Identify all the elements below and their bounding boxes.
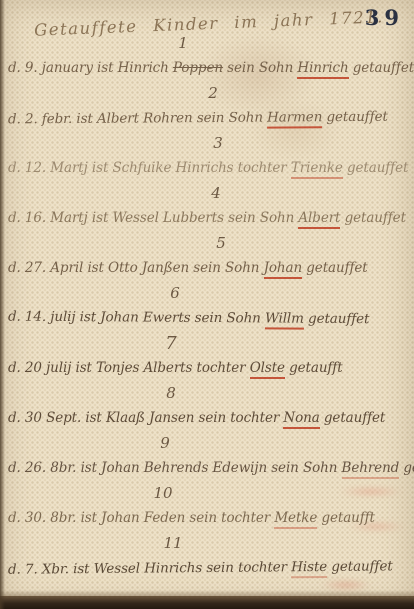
entry-row: 2 d. 2. febr. ist Albert Rohren sein Soh… [0,85,414,135]
entry-text: d. 16. Martj ist Wessel Lubberts sein So… [0,205,414,232]
entry-text-pre: d. 14. julij ist Johan Ewerts sein Sohn [8,309,265,327]
entry-text-post: getaufft [285,360,343,376]
baptized-name: Harmen [267,109,322,128]
entry-number: 10 [150,485,176,502]
entry-row: 6 d. 14. julij ist Johan Ewerts sein Soh… [0,285,414,335]
entry-number: 3 [205,135,231,152]
baptized-name: Behrend [342,460,400,479]
baptized-name: Nona [283,410,319,429]
entry-number: 9 [152,435,178,452]
entry-number: 2 [200,85,226,102]
entry-number: 1 [170,35,196,52]
struck-name: Poppen [173,60,223,76]
entry-row: 8 d. 30 Sept. ist Klaaß Jansen sein toch… [0,385,414,435]
entry-text: d. 30. 8br. ist Johan Feden sein tochter… [0,505,414,532]
entry-number: 8 [158,385,184,402]
entry-text: d. 27. April ist Otto Janßen sein Sohn J… [0,255,414,282]
entry-text-post: getauffet [302,260,368,276]
entry-text-pre: d. 27. April ist Otto Janßen sein Sohn [8,260,264,276]
entry-text-pre: d. 16. Martj ist Wessel Lubberts sein So… [8,210,298,226]
entry-text: d. 12. Martj ist Schfuike Hinrichs tocht… [0,155,414,182]
baptized-name: Hinrich [297,60,348,79]
entry-text-mid: sein Sohn [223,60,297,76]
entry-row: 9 d. 26. 8br. ist Johan Behrends Edewijn… [0,435,414,485]
entry-text: d. 30 Sept. ist Klaaß Jansen sein tochte… [0,405,414,432]
baptized-name: Metke [274,510,317,529]
entry-text-pre: d. 9. january ist Hinrich [8,60,173,76]
baptized-name: Johan [264,260,302,279]
entry-number: 4 [203,185,229,202]
binding-edge [0,0,5,609]
entry-text-post: getauffet [349,60,414,76]
entry-text-post: getauffet [322,109,388,125]
entry-number: 5 [208,235,234,252]
entry-text-pre: d. 30. 8br. ist Johan Feden sein tochter [8,510,274,526]
entry-row: 3 d. 12. Martj ist Schfuike Hinrichs toc… [0,135,414,185]
entry-text: d. 14. julij ist Johan Ewerts sein Sohn … [0,304,414,334]
entry-text: d. 7. Xbr. ist Wessel Hinrichs sein toch… [0,553,414,584]
entry-text-pre: d. 26. 8br. ist Johan Behrends Edewijn s… [8,460,342,476]
entry-text-post: getauffet [327,558,393,575]
entry-text: d. 20 julij ist Tonjes Alberts tochter O… [0,355,414,382]
baptized-name: Trienke [291,160,343,179]
baptized-name: Olste [250,360,285,379]
entry-text-post: getauffet [399,460,414,476]
entry-text-post: getauffet [304,311,370,327]
entry-row: 11 d. 7. Xbr. ist Wessel Hinrichs sein t… [0,535,414,585]
entry-text: d. 2. febr. ist Albert Rohren sein Sohn … [0,104,414,134]
entry-number: 7 [158,335,184,352]
baptized-name: Albert [298,210,340,229]
entry-row: 5 d. 27. April ist Otto Janßen sein Sohn… [0,235,414,285]
entry-text-pre: d. 20 julij ist Tonjes Alberts tochter [8,360,250,376]
entry-number: 6 [162,285,188,302]
baptized-name: Histe [291,559,327,578]
entry-text-post: getaufft [317,510,375,526]
entry-row: 4 d. 16. Martj ist Wessel Lubberts sein … [0,185,414,235]
entry-text-post: getauffet [320,410,386,426]
entry-text-pre: d. 2. febr. ist Albert Rohren sein Sohn [8,110,267,128]
entry-row: 1 d. 9. january ist Hinrich Poppen sein … [0,35,414,85]
entry-text: d. 9. january ist Hinrich Poppen sein So… [0,55,414,82]
entry-text-post: getauffet [343,160,409,176]
entry-text-pre: d. 30 Sept. ist Klaaß Jansen sein tochte… [8,410,283,426]
entry-row: 7 d. 20 julij ist Tonjes Alberts tochter… [0,335,414,385]
bottom-page-edge [0,596,414,609]
baptized-name: Willm [265,310,304,329]
entry-text-pre: d. 7. Xbr. ist Wessel Hinrichs sein toch… [8,559,291,577]
entry-text-pre: d. 12. Martj ist Schfuike Hinrichs tocht… [8,160,291,176]
entry-text-post: getauffet [340,210,406,226]
entry-text: d. 26. 8br. ist Johan Behrends Edewijn s… [0,455,414,482]
baptism-entries-list: 1 d. 9. january ist Hinrich Poppen sein … [0,35,414,585]
register-page-scan: 39 Getauffete Kinder im jahr 1721. 1 d. … [0,0,414,609]
entry-row: 10 d. 30. 8br. ist Johan Feden sein toch… [0,485,414,535]
entry-number: 11 [160,535,186,552]
